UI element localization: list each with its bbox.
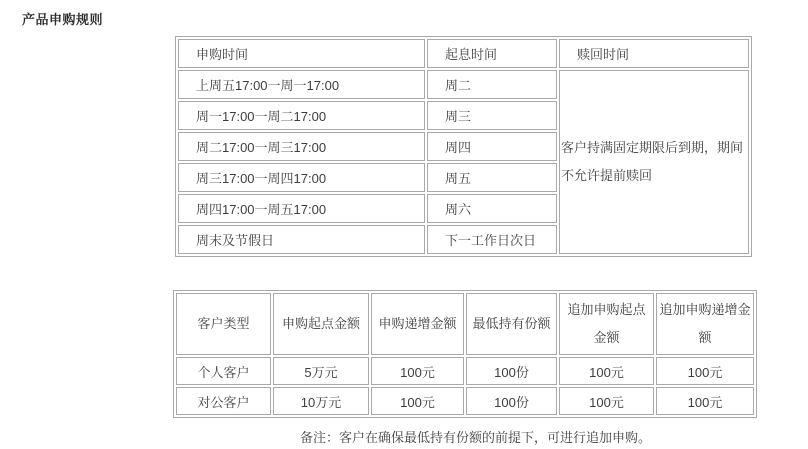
rules-header-row: 客户类型 申购起点金额 申购递增金额 最低持有份额 追加申购起点金额 追加申购递…: [176, 293, 754, 355]
value-date-cell: 下一工作日次日: [427, 225, 557, 254]
footnote: 备注：客户在确保最低持有份额的前提下，可进行追加申购。: [300, 427, 651, 446]
purchase-time-cell: 周二17:00一周三17:00: [178, 132, 425, 161]
header-purchase-time: 申购时间: [178, 39, 425, 68]
header-additional-increment: 追加申购递增金额: [656, 293, 754, 355]
schedule-header-row: 申购时间 起息时间 赎回时间: [178, 39, 749, 68]
purchase-time-cell: 周三17:00一周四17:00: [178, 163, 425, 192]
purchase-time-cell: 周末及节假日: [178, 225, 425, 254]
additional-increment-cell: 100元: [656, 387, 754, 415]
value-date-cell: 周二: [427, 70, 557, 99]
rules-row-personal: 个人客户 5万元 100元 100份 100元 100元: [176, 357, 754, 385]
customer-rules-table: 客户类型 申购起点金额 申购递增金额 最低持有份额 追加申购起点金额 追加申购递…: [173, 290, 757, 418]
header-purchase-increment: 申购递增金额: [371, 293, 464, 355]
purchase-schedule-table: 申购时间 起息时间 赎回时间 上周五17:00一周一17:00 周二 客户持满固…: [175, 36, 752, 257]
header-additional-min-amount: 追加申购起点金额: [559, 293, 654, 355]
additional-increment-cell: 100元: [656, 357, 754, 385]
header-value-date: 起息时间: [427, 39, 557, 68]
value-date-cell: 周四: [427, 132, 557, 161]
min-purchase-amount-cell: 10万元: [273, 387, 369, 415]
value-date-cell: 周三: [427, 101, 557, 130]
rules-row-corporate: 对公客户 10万元 100元 100份 100元 100元: [176, 387, 754, 415]
page-title: 产品申购规则: [22, 9, 103, 28]
min-purchase-amount-cell: 5万元: [273, 357, 369, 385]
purchase-increment-cell: 100元: [371, 387, 464, 415]
header-redemption-time: 赎回时间: [559, 39, 749, 68]
purchase-time-cell: 上周五17:00一周一17:00: [178, 70, 425, 99]
purchase-time-cell: 周一17:00一周二17:00: [178, 101, 425, 130]
purchase-increment-cell: 100元: [371, 357, 464, 385]
customer-type-cell: 对公客户: [176, 387, 271, 415]
header-min-purchase-amount: 申购起点金额: [273, 293, 369, 355]
header-min-holding-shares: 最低持有份额: [466, 293, 557, 355]
value-date-cell: 周五: [427, 163, 557, 192]
additional-min-amount-cell: 100元: [559, 387, 654, 415]
value-date-cell: 周六: [427, 194, 557, 223]
redemption-note-cell: 客户持满固定期限后到期，期间不允许提前赎回: [559, 70, 749, 254]
customer-type-cell: 个人客户: [176, 357, 271, 385]
header-customer-type: 客户类型: [176, 293, 271, 355]
min-holding-shares-cell: 100份: [466, 387, 557, 415]
product-rules-page: 产品申购规则 申购时间 起息时间 赎回时间 上周五17:00一周一17:00 周…: [0, 0, 808, 449]
purchase-time-cell: 周四17:00一周五17:00: [178, 194, 425, 223]
additional-min-amount-cell: 100元: [559, 357, 654, 385]
schedule-row: 上周五17:00一周一17:00 周二 客户持满固定期限后到期，期间不允许提前赎…: [178, 70, 749, 99]
min-holding-shares-cell: 100份: [466, 357, 557, 385]
